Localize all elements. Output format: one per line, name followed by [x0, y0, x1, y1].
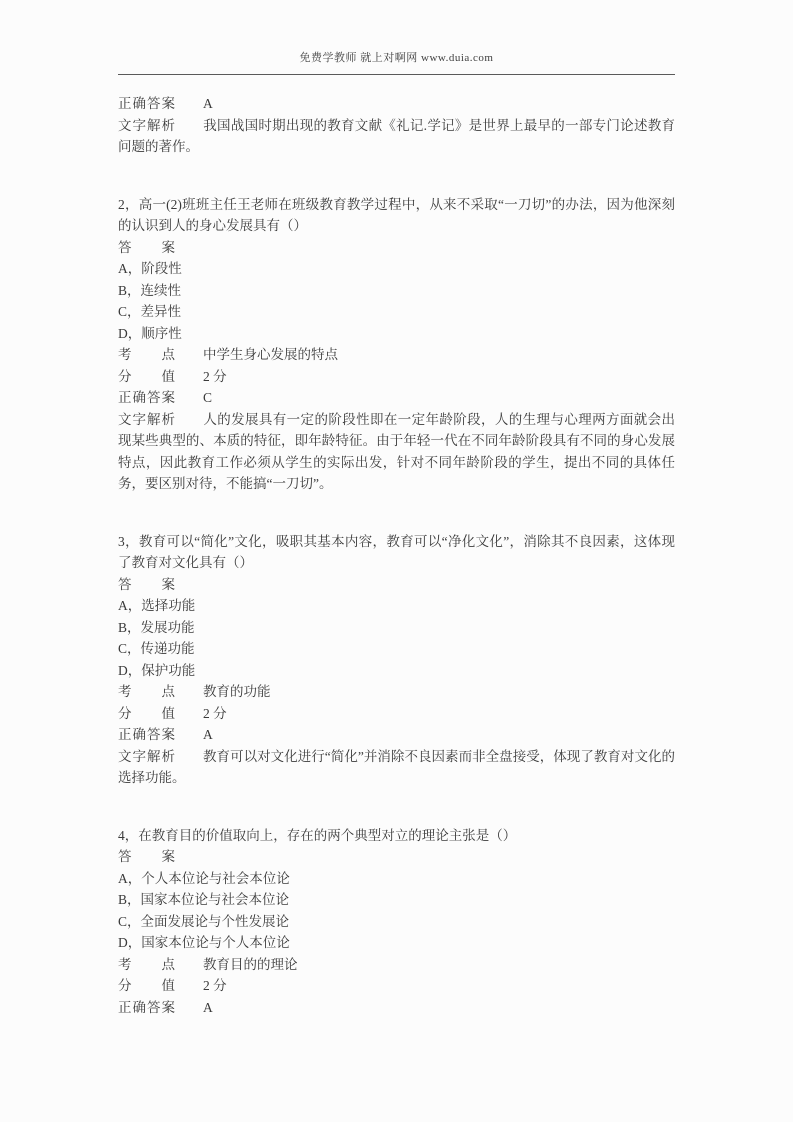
- analysis-label: 文字解析: [118, 409, 175, 431]
- header-banner: 免费学教师 就上对啊网 www.duia.com: [118, 0, 675, 66]
- option-d: D，顺序性: [118, 323, 675, 345]
- correct-answer-row: 正确答案A: [118, 724, 675, 746]
- correct-answer-value: A: [203, 1000, 213, 1015]
- question-stem: 2，高一(2)班班主任王老师在班级教育教学过程中，从来不采取“一刀切”的办法，因…: [118, 194, 675, 237]
- score-value: 2 分: [203, 369, 227, 384]
- correct-answer-label: 正确答案: [118, 387, 175, 409]
- correct-answer-label: 正确答案: [118, 997, 175, 1019]
- question-stem: 3，教育可以“简化”文化，吸职其基本内容，教育可以“净化文化”，消除其不良因素，…: [118, 531, 675, 574]
- exam-point-label: 考点: [118, 681, 175, 703]
- analysis-text: 人的发展具有一定的阶段性即在一定年龄阶段，人的生理与心理两方面就会出现某些典型的…: [118, 412, 675, 492]
- correct-answer-row: 正确答案C: [118, 387, 675, 409]
- document-page: 免费学教师 就上对啊网 www.duia.com 正确答案A 文字解析我国战国时…: [0, 0, 793, 1122]
- option-c: C，传递功能: [118, 638, 675, 660]
- header-divider-rule: [118, 74, 675, 75]
- question-block-2: 2，高一(2)班班主任王老师在班级教育教学过程中，从来不采取“一刀切”的办法，因…: [118, 194, 675, 495]
- correct-answer-value: C: [203, 390, 212, 405]
- score-value: 2 分: [203, 706, 227, 721]
- analysis-text: 我国战国时期出现的教育文献《礼记.学记》是世界上最早的一部专门论述教育问题的著作…: [118, 118, 675, 155]
- exam-point-row: 考点教育目的的理论: [118, 954, 675, 976]
- answer-label-row: 答案: [118, 574, 675, 596]
- option-d: D，保护功能: [118, 660, 675, 682]
- score-row: 分值2 分: [118, 975, 675, 997]
- analysis-label: 文字解析: [118, 746, 175, 768]
- document-content: 正确答案A 文字解析我国战国时期出现的教育文献《礼记.学记》是世界上最早的一部专…: [118, 93, 675, 1018]
- option-a: A，选择功能: [118, 595, 675, 617]
- exam-point-value: 教育的功能: [203, 684, 271, 699]
- exam-point-value: 中学生身心发展的特点: [203, 347, 338, 362]
- exam-point-row: 考点教育的功能: [118, 681, 675, 703]
- answer-label-row: 答案: [118, 846, 675, 868]
- exam-point-value: 教育目的的理论: [203, 957, 298, 972]
- option-c: C，全面发展论与个性发展论: [118, 911, 675, 933]
- option-b: B，连续性: [118, 280, 675, 302]
- question-stem: 4，在教育目的价值取向上，存在的两个典型对立的理论主张是（）: [118, 825, 675, 847]
- option-b: B，发展功能: [118, 617, 675, 639]
- analysis-paragraph: 文字解析我国战国时期出现的教育文献《礼记.学记》是世界上最早的一部专门论述教育问…: [118, 115, 675, 158]
- correct-answer-label: 正确答案: [118, 724, 175, 746]
- exam-point-label: 考点: [118, 344, 175, 366]
- exam-point-label: 考点: [118, 954, 175, 976]
- score-label: 分值: [118, 366, 175, 388]
- option-a: A，阶段性: [118, 258, 675, 280]
- analysis-paragraph: 文字解析人的发展具有一定的阶段性即在一定年龄阶段，人的生理与心理两方面就会出现某…: [118, 409, 675, 495]
- analysis-paragraph: 文字解析教育可以对文化进行“简化”并消除不良因素而非全盘接受，体现了教育对文化的…: [118, 746, 675, 789]
- correct-answer-row: 正确答案A: [118, 997, 675, 1019]
- correct-answer-value: A: [203, 727, 213, 742]
- exam-point-row: 考点中学生身心发展的特点: [118, 344, 675, 366]
- answer-label: 答案: [118, 574, 175, 596]
- score-label: 分值: [118, 975, 175, 997]
- analysis-label: 文字解析: [118, 115, 175, 137]
- question-block-3: 3，教育可以“简化”文化，吸职其基本内容，教育可以“净化文化”，消除其不良因素，…: [118, 531, 675, 789]
- score-value: 2 分: [203, 978, 227, 993]
- carryover-answer-block: 正确答案A 文字解析我国战国时期出现的教育文献《礼记.学记》是世界上最早的一部专…: [118, 93, 675, 158]
- analysis-text: 教育可以对文化进行“简化”并消除不良因素而非全盘接受，体现了教育对文化的选择功能…: [118, 749, 675, 786]
- answer-label: 答案: [118, 846, 175, 868]
- correct-answer-label: 正确答案: [118, 93, 175, 115]
- score-row: 分值2 分: [118, 703, 675, 725]
- option-d: D，国家本位论与个人本位论: [118, 932, 675, 954]
- correct-answer-value: A: [203, 96, 213, 111]
- correct-answer-row: 正确答案A: [118, 93, 675, 115]
- answer-label: 答案: [118, 237, 175, 259]
- question-block-4: 4，在教育目的价值取向上，存在的两个典型对立的理论主张是（） 答案 A，个人本位…: [118, 825, 675, 1019]
- answer-label-row: 答案: [118, 237, 675, 259]
- option-a: A，个人本位论与社会本位论: [118, 868, 675, 890]
- option-c: C，差异性: [118, 301, 675, 323]
- score-row: 分值2 分: [118, 366, 675, 388]
- option-b: B，国家本位论与社会本位论: [118, 889, 675, 911]
- score-label: 分值: [118, 703, 175, 725]
